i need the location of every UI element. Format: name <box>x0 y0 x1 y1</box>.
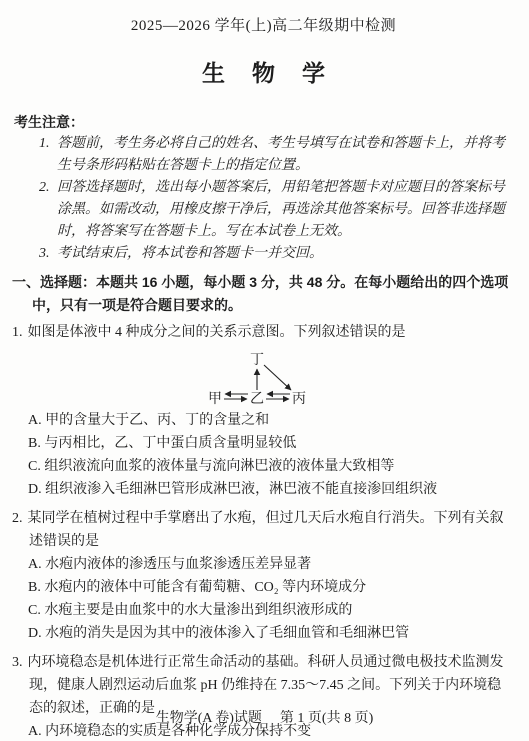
question-3: 3.内环境稳态是机体进行正常生命活动的基础。科研人员通过微电极技术监测发现，健康… <box>12 651 515 741</box>
notice-item: 2. 回答选择题时，选出每小题答案后，用铅笔把答题卡对应题目的答案标号涂黑。如需… <box>12 177 515 243</box>
question-2-stem: 2.某同学在植树过程中手掌磨出了水疱，但过几天后水疱自行消失。下列有关叙述错误的… <box>12 507 515 553</box>
question-2: 2.某同学在植树过程中手掌磨出了水疱，但过几天后水疱自行消失。下列有关叙述错误的… <box>12 507 515 645</box>
notice-item-text: 回答选择题时，选出每小题答案后，用铅笔把答题卡对应题目的答案标号涂黑。如需改动，… <box>57 180 505 239</box>
notice-heading: 考生注意： <box>12 111 515 133</box>
question-1-option-a: A. 甲的含量大于乙、丙、丁的含量之和 <box>12 409 515 432</box>
notice-item-number: 2. <box>39 177 50 199</box>
question-number: 3. <box>12 655 23 670</box>
footer-page-number: 第 1 页(共 8 页) <box>280 707 373 727</box>
notice-item: 3. 考试结束后，将本试卷和答题卡一并交回。 <box>12 243 515 265</box>
notice-item-text: 考试结束后，将本试卷和答题卡一并交回。 <box>57 246 323 261</box>
notice-item-number: 1. <box>39 133 50 155</box>
candidate-notice-section: 考生注意： 1. 答题前，考生务必将自己的姓名、考生号填写在试卷和答题卡上，并将… <box>12 111 515 265</box>
diagram-label-yi: 乙 <box>250 392 264 407</box>
diagram-label-ding: 丁 <box>250 352 264 368</box>
arrow-ding-to-bing <box>264 365 291 390</box>
question-stem-text: 如图是体液中 4 种成分之间的关系示意图。下列叙述错误的是 <box>28 325 406 340</box>
question-number: 2. <box>12 511 23 526</box>
footer-paper-name: 生物学(A 卷)试题 <box>156 707 262 727</box>
q1-diagram-svg: 丁 甲 乙 丙 <box>208 349 320 407</box>
diagram-label-jia: 甲 <box>208 391 222 407</box>
subject-title: 生物学 <box>12 60 515 87</box>
exam-paper-page: 2025—2026 学年(上)高二年级期中检测 生物学 考生注意： 1. 答题前… <box>0 0 529 741</box>
question-2-option-d: D. 水疱的消失是因为其中的液体渗入了毛细血管和毛细淋巴管 <box>12 622 515 645</box>
notice-item-text: 答题前，考生务必将自己的姓名、考生号填写在试卷和答题卡上，并将考生号条形码粘贴在… <box>57 136 505 173</box>
question-1-stem: 1.如图是体液中 4 种成分之间的关系示意图。下列叙述错误的是 <box>12 321 515 344</box>
question-1-option-b: B. 与丙相比，乙、丁中蛋白质含量明显较低 <box>12 432 515 455</box>
question-stem-text: 某同学在植树过程中手掌磨出了水疱，但过几天后水疱自行消失。下列有关叙述错误的是 <box>28 511 504 549</box>
q1-body-fluid-diagram: 丁 甲 乙 丙 <box>12 349 515 407</box>
notice-item-number: 3. <box>39 243 50 265</box>
question-1: 1.如图是体液中 4 种成分之间的关系示意图。下列叙述错误的是 丁 甲 乙 丙 <box>12 321 515 501</box>
question-number: 1. <box>12 325 23 340</box>
page-footer: 生物学(A 卷)试题 第 1 页(共 8 页) <box>0 707 529 727</box>
question-1-option-c: C. 组织液流向血浆的液体量与流向淋巴液的液体量大致相等 <box>12 455 515 478</box>
question-1-option-d: D. 组织液渗入毛细淋巴管形成淋巴液，淋巴液不能直接渗回组织液 <box>12 478 515 501</box>
diagram-label-bing: 丙 <box>292 391 306 407</box>
question-2-option-c: C. 水疱主要是由血浆中的水大量渗出到组织液形成的 <box>12 599 515 622</box>
question-2-option-b: B. 水疱内的液体中可能含有葡萄糖、CO₂ 等内环境成分 <box>12 576 515 599</box>
question-2-option-a: A. 水疱内液体的渗透压与血浆渗透压差异显著 <box>12 553 515 576</box>
exam-session-title: 2025—2026 学年(上)高二年级期中检测 <box>12 16 515 36</box>
section-one-heading: 一、选择题：本题共 16 小题，每小题 3 分，共 48 分。在每小题给出的四个… <box>12 271 515 317</box>
notice-item: 1. 答题前，考生务必将自己的姓名、考生号填写在试卷和答题卡上，并将考生号条形码… <box>12 133 515 177</box>
